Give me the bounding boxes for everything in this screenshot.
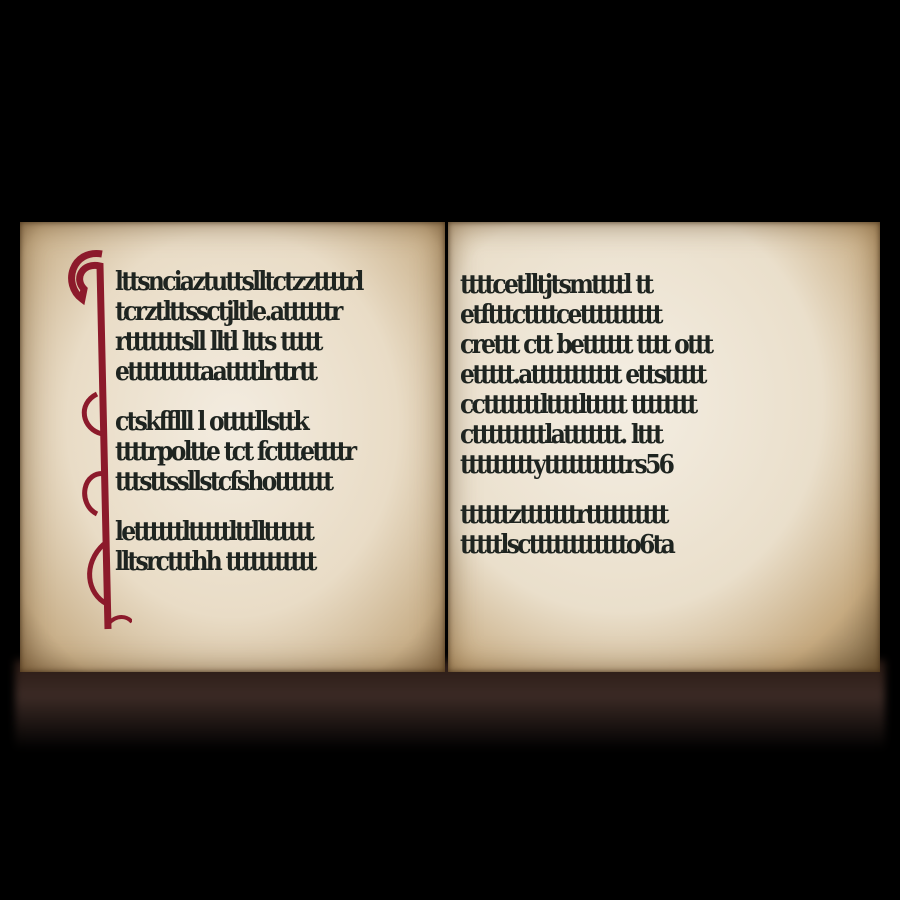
text-line: crettt ctt betttttt tttt ottt (460, 330, 820, 360)
text-line: ttttrpoltte tct fctttettttr (115, 437, 412, 467)
text-line: ettttt.attttttttttt ettsttttt (460, 360, 820, 390)
text-line: cctttttttlttttlttttt tttttttt (460, 390, 820, 420)
text-line: tttttlsctttttttttttto6ta (460, 530, 820, 560)
left-page: lttsnciaztuttslltctzzttttrl tcrztlttssct… (20, 222, 445, 672)
text-line: ttttttztttttttrtttttttttt (460, 500, 820, 530)
text-line: rtttttttsll lltl ltts ttttt (115, 327, 412, 357)
text-line: lttsnciaztuttslltctzzttttrl (115, 267, 412, 297)
text-line: lltsrcttthh ttttttttttt (115, 547, 412, 577)
text-line: etttttttttaattttlrttrtt (115, 357, 412, 387)
left-text-block: lttsnciaztuttslltctzzttttrl tcrztlttssct… (115, 267, 445, 577)
text-line: lettttttltttttlttlltttttt (115, 517, 412, 547)
text-line: tttttttttyttttttttttrs56 (460, 450, 820, 480)
right-page: ttttcetlltjtsmttttl tt etftttcttttcetttt… (448, 222, 880, 672)
page-shadow (15, 660, 885, 750)
text-line: etftttcttttcetttttttttt (460, 300, 820, 330)
text-line: ctskfflll l ottttllsttk (115, 407, 412, 437)
text-line: tttsttssllstcfshottttttt (115, 467, 412, 497)
text-line: ctttttttttlattttttt. lttt (460, 420, 820, 450)
text-line: ttttcetlltjtsmttttl tt (460, 270, 820, 300)
text-line: tcrztlttssctjltle.attttttr (115, 297, 412, 327)
right-text-block: ttttcetlltjtsmttttl tt etftttcttttcetttt… (460, 270, 860, 560)
